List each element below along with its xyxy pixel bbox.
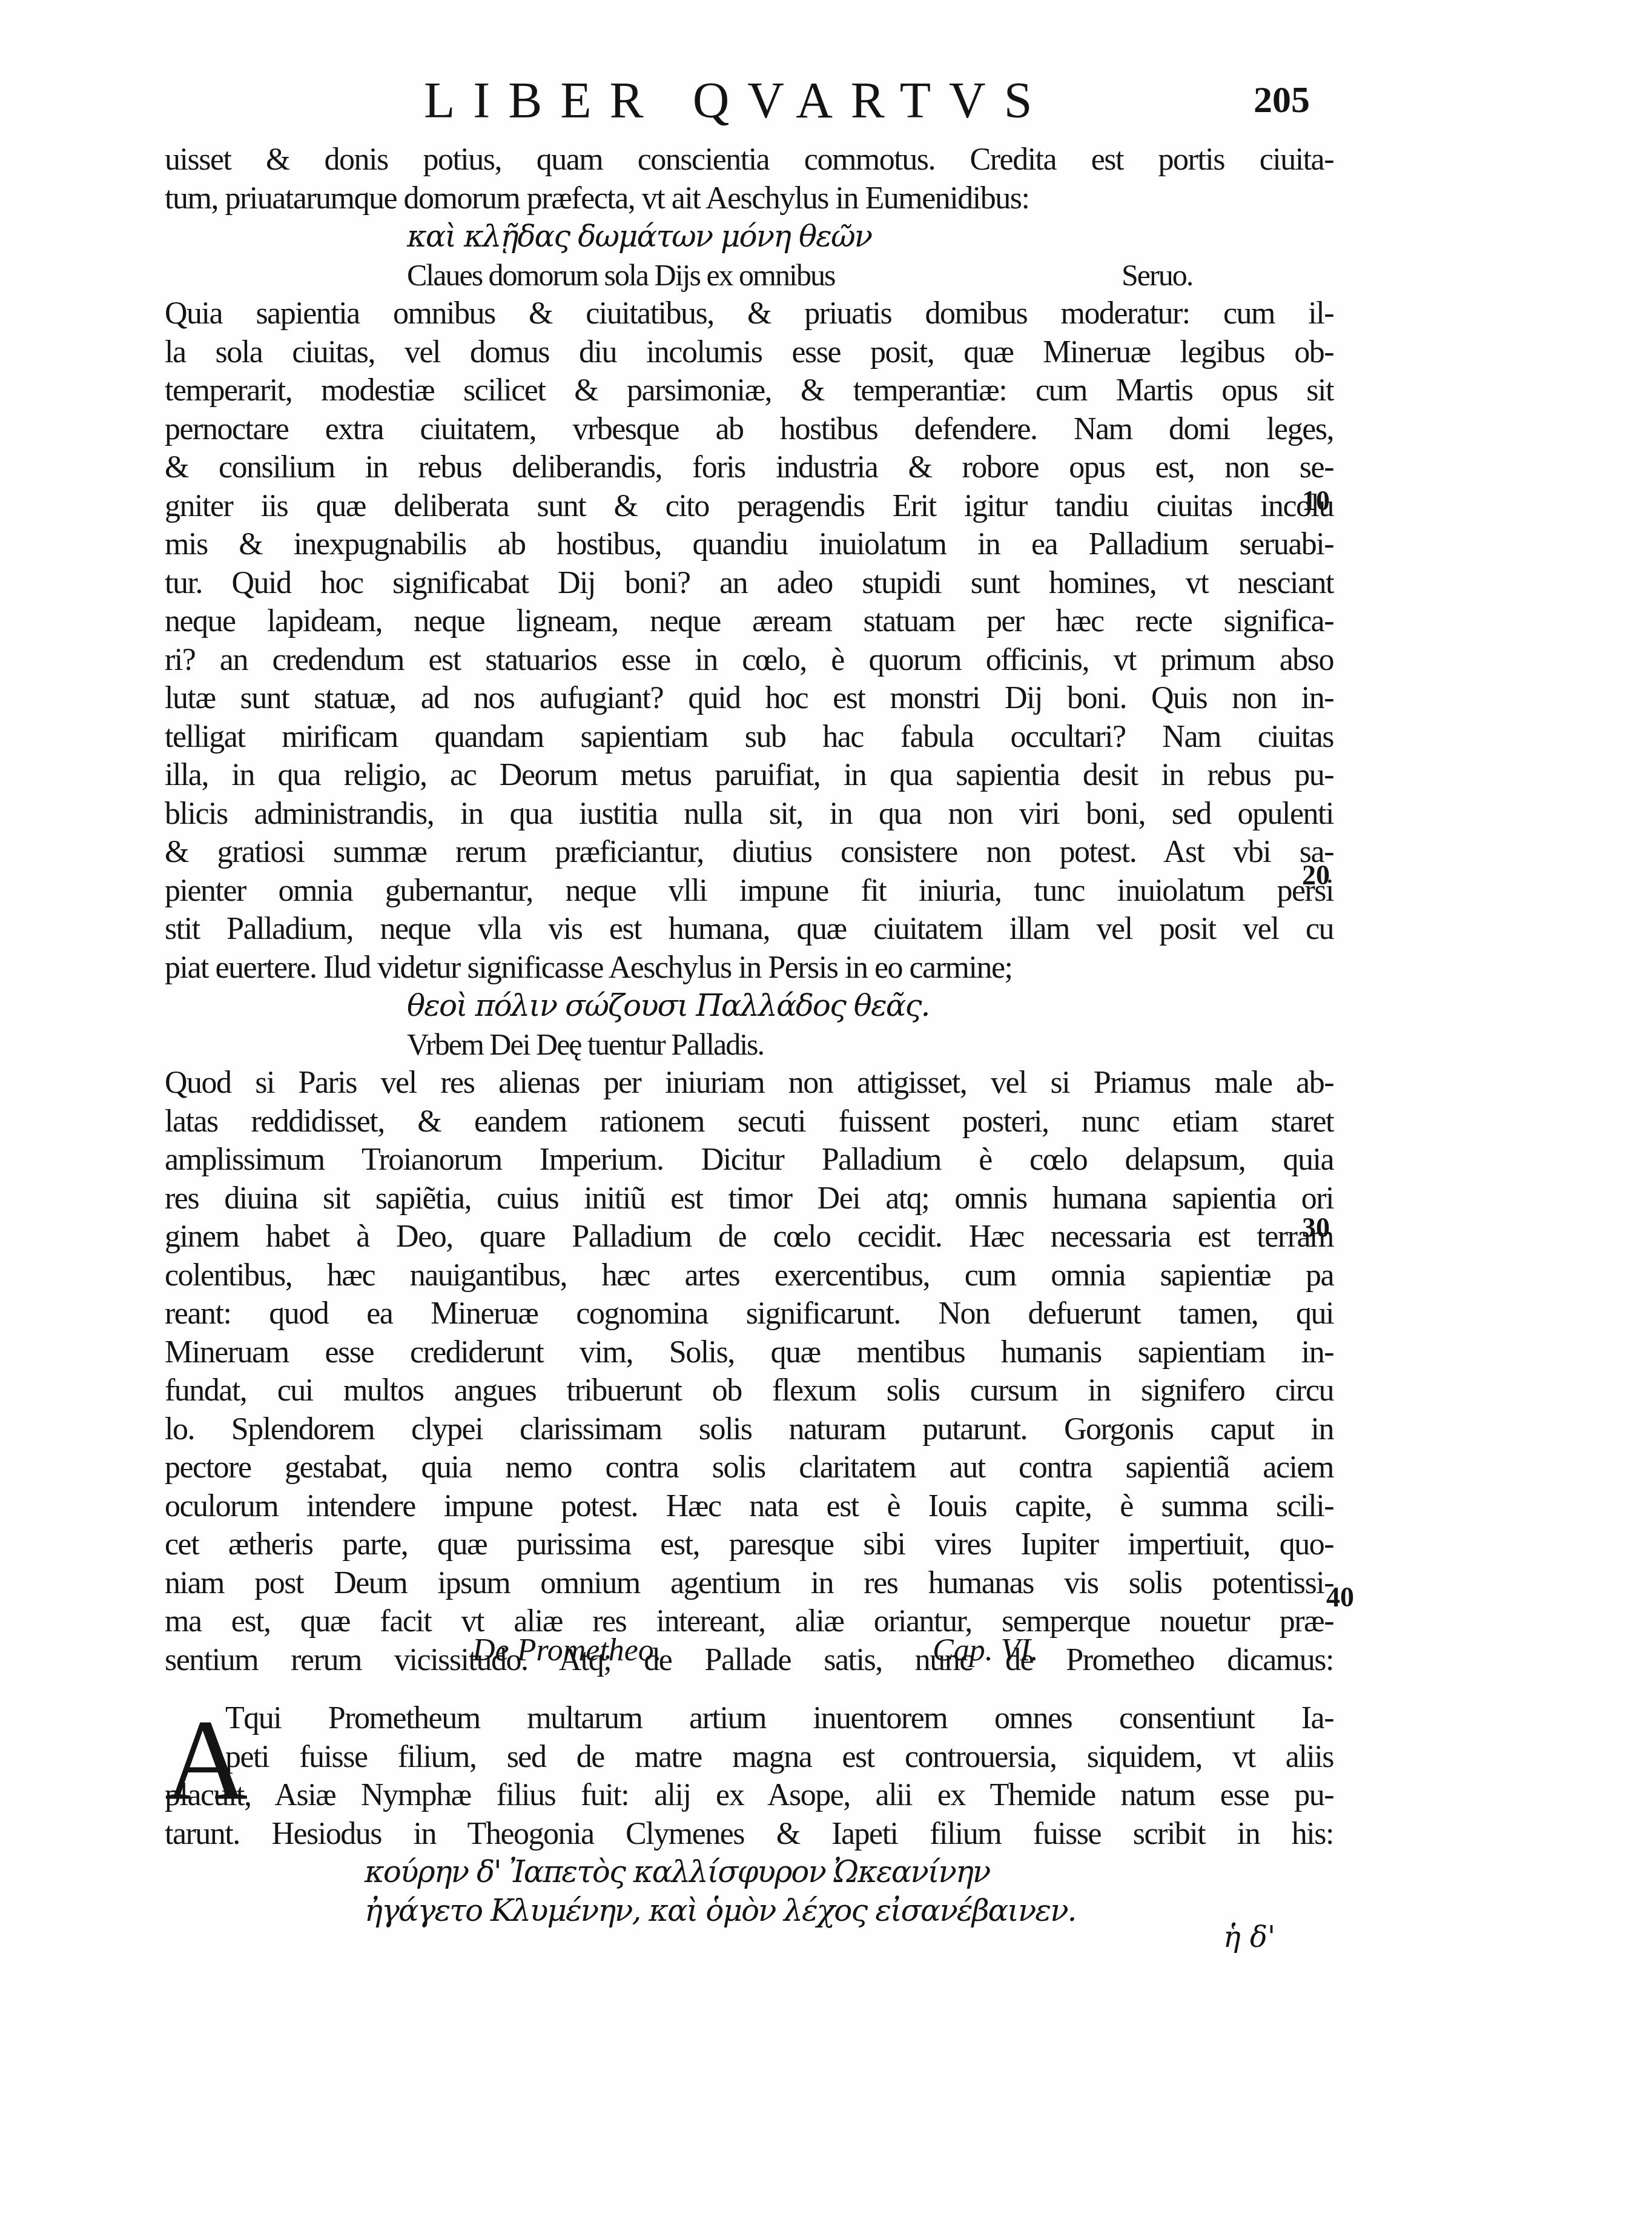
text-line: ri? an credendum est statuarios esse in … — [165, 641, 1333, 680]
chapter-number: Cap. VI. — [933, 1632, 1039, 1668]
text-line: ginem habet à Deo, quare Palladium de cœ… — [165, 1218, 1333, 1256]
text-line: tarunt. Hesiodus in Theogonia Clymenes &… — [165, 1815, 1333, 1854]
text-line: amplissimum Troianorum Imperium. Dicitur… — [165, 1141, 1333, 1179]
text-line: reant: quod ea Mineruæ cognomina signifi… — [165, 1294, 1333, 1333]
text-line: telligat mirificam quandam sapientiam su… — [165, 718, 1333, 757]
line-number-20: 20 — [1302, 859, 1330, 891]
page-number: 205 — [1254, 79, 1310, 122]
text-line: pectore gestabat, quia nemo contra solis… — [165, 1448, 1333, 1487]
greek-verse: κούρην δ' Ἰαπετὸς καλλίσφυρον Ὠκεανίνην — [165, 1853, 1333, 1892]
greek-verse: θεοὶ πόλιν σώζουσι Παλλάδος θεᾶς. — [165, 987, 1333, 1026]
text-line: mis & inexpugnabilis ab hostibus, quandi… — [165, 525, 1333, 564]
text-line: Tqui Prometheum multarum artium inuentor… — [165, 1699, 1333, 1738]
text-line: blicis administrandis, in qua iustitia n… — [165, 795, 1333, 834]
text-line: cet ætheris parte, quæ purissima est, pa… — [165, 1525, 1333, 1564]
text-line: la sola ciuitas, vel domus diu incolumis… — [165, 333, 1333, 372]
main-text-block: uisset & donis potius, quam conscientia … — [165, 141, 1333, 1679]
text-line: lo. Splendorem clypei clarissimam solis … — [165, 1410, 1333, 1449]
latin-verse-text: Claues domorum sola Dijs ex omnibus — [407, 258, 834, 292]
text-line: tum, priuatarumque domorum præfecta, vt … — [165, 179, 1333, 218]
text-line: latas reddidisset, & eandem rationem sec… — [165, 1102, 1333, 1141]
catchword: ἡ δ' — [1223, 1920, 1275, 1954]
latin-verse: Vrbem Dei Deę tuentur Palladis. — [165, 1026, 1333, 1064]
chapter-heading: De Prometheo. Cap. VI. — [472, 1632, 1199, 1675]
text-line: stit Palladium, neque vlla vis est human… — [165, 910, 1333, 949]
text-line: uisset & donis potius, quam conscientia … — [165, 141, 1333, 179]
text-line: res diuina sit sapiẽtia, cuius initiũ es… — [165, 1179, 1333, 1218]
text-line: fundat, cui multos angues tribuerunt ob … — [165, 1371, 1333, 1410]
text-line: tur. Quid hoc significabat Dij boni? an … — [165, 564, 1333, 603]
text-line: colentibus, hæc nauigantibus, hæc artes … — [165, 1256, 1333, 1295]
greek-verse: ἠγάγετο Κλυμένην, καὶ ὁμὸν λέχος εἰσανέβ… — [165, 1892, 1333, 1931]
latin-verse: Claues domorum sola Dijs ex omnibus Seru… — [165, 256, 1333, 295]
text-line: pernoctare extra ciuitatem, vrbesque ab … — [165, 410, 1333, 449]
text-line: niam post Deum ipsum omnium agentium in … — [165, 1564, 1333, 1603]
text-line: illa, in qua religio, ac Deorum metus pa… — [165, 756, 1333, 795]
text-line: neque lapideam, neque ligneam, neque ære… — [165, 602, 1333, 641]
latin-verse-tail: Seruo. — [1122, 256, 1192, 295]
line-number-10: 10 — [1302, 485, 1330, 517]
text-line: gniter iis quæ deliberata sunt & cito pe… — [165, 487, 1333, 526]
book-page: LIBER QVARTVS 205 uisset & donis potius,… — [0, 0, 1652, 2234]
line-number-30: 30 — [1302, 1211, 1330, 1244]
greek-verse: καὶ κλῇδας δωμάτων μόνη θεῶν — [165, 217, 1333, 256]
text-line: lutæ sunt statuæ, ad nos aufugiant? quid… — [165, 679, 1333, 718]
chapter-title: De Prometheo. — [472, 1632, 662, 1668]
text-line: piat euertere. Ilud videtur significasse… — [165, 949, 1333, 987]
text-line: & gratiosi summæ rerum præficiantur, diu… — [165, 833, 1333, 872]
text-line: temperarit, modestiæ scilicet & parsimon… — [165, 371, 1333, 410]
running-head: LIBER QVARTVS — [424, 71, 1050, 130]
chapter-text-block: Tqui Prometheum multarum artium inuentor… — [165, 1699, 1333, 1930]
line-number-40: 40 — [1326, 1581, 1354, 1613]
text-line: oculorum intendere impune potest. Hæc na… — [165, 1487, 1333, 1526]
text-line: peti fuisse filium, sed de matre magna e… — [165, 1738, 1333, 1777]
text-line: Quia sapientia omnibus & ciuitatibus, & … — [165, 294, 1333, 333]
text-line: Mineruam esse crediderunt vim, Solis, qu… — [165, 1333, 1333, 1372]
text-line: & consilium in rebus deliberandis, foris… — [165, 448, 1333, 487]
text-line: placuit, Asiæ Nymphæ filius fuit: alij e… — [165, 1776, 1333, 1815]
text-line: pienter omnia gubernantur, neque vlli im… — [165, 872, 1333, 910]
text-line: Quod si Paris vel res alienas per iniuri… — [165, 1064, 1333, 1102]
